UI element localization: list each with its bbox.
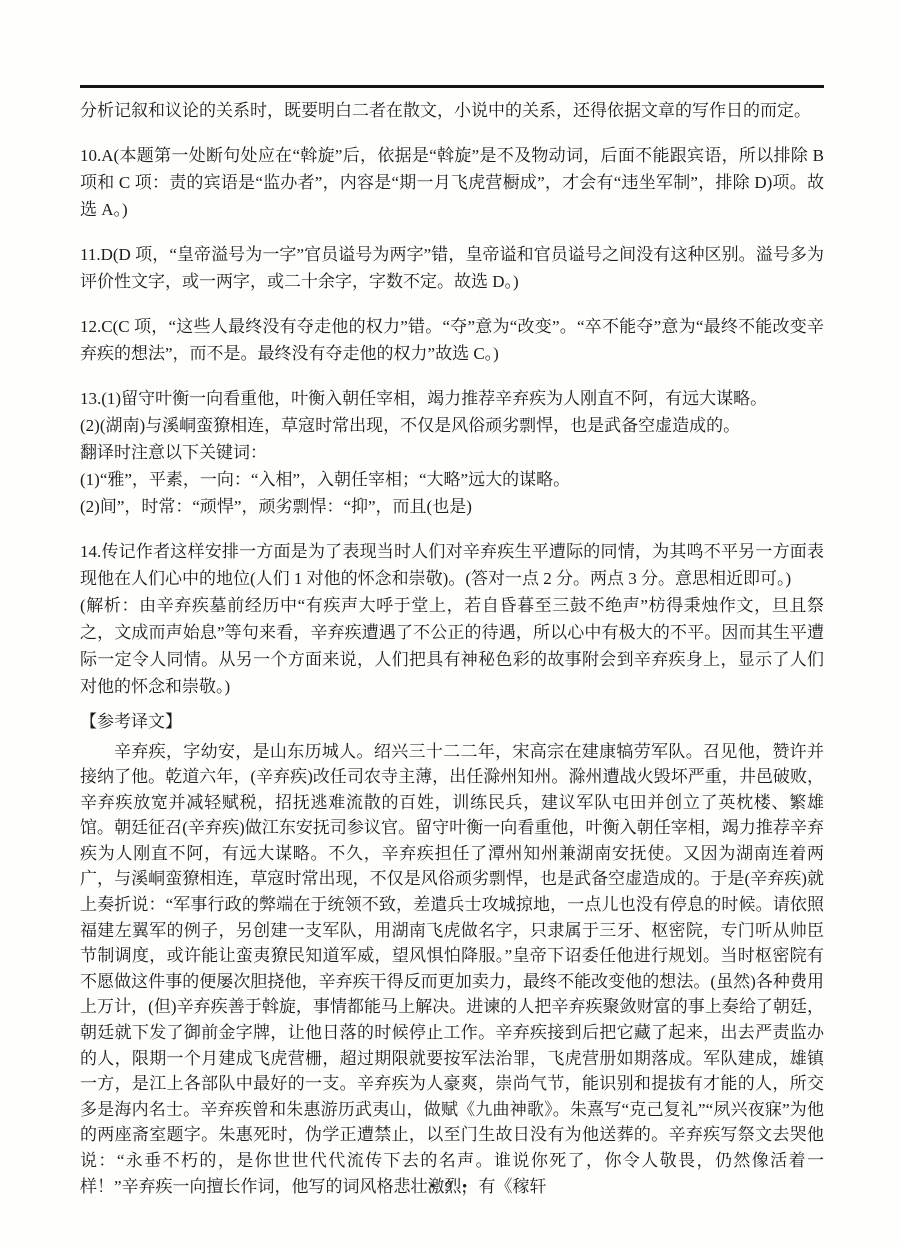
answer-13-line-5: (2)间”，时常：“顽悍”，顽劣剽悍：“抑”，而且(也是): [80, 493, 824, 520]
answer-14-main-text: 14.传记作者这样安排一方面是为了表现当时人们对辛弃疾生平遭际的同情，为其鸣不平…: [80, 538, 824, 592]
answer-13-block: 13.(1)留守叶衡一向看重他，叶衡入朝任宰相，竭力推荐辛弃疾为人刚直不阿，有远…: [80, 385, 824, 520]
answer-14-analysis-text: (解析：由辛弃疾墓前经历中“有疾声大呼于堂上，若自昏暮至三鼓不绝声”枋得秉烛作文…: [80, 592, 824, 700]
answer-11-text: 11.D(D 项，“皇帝溢号为一字”官员谥号为两字”错，皇帝谥和官员谥号之间没有…: [80, 241, 824, 295]
document-page: 分析记叙和议论的关系时，既要明白二者在散文，小说中的关系，还得依据文章的写作日的…: [0, 0, 900, 1246]
answer-12-text: 12.C(C 项，“这些人最终没有夺走他的权力”错。“夺”意为“改变”。“卒不能…: [80, 313, 824, 367]
answer-13-line-2: (2)(湖南)与溪峒蛮獠相连，草寇时常出现，不仅是风俗顽劣剽悍，也是武备空虚造成…: [80, 412, 824, 439]
answer-12-block: 12.C(C 项，“这些人最终没有夺走他的权力”错。“夺”意为“改变”。“卒不能…: [80, 313, 824, 367]
page-top-rule: [80, 85, 824, 88]
page-number: • 9 •: [0, 1179, 900, 1196]
reference-translation-heading: 【参考译文】: [80, 708, 824, 735]
answer-13-line-3: 翻译时注意以下关键词：: [80, 439, 824, 466]
intro-line: 分析记叙和议论的关系时，既要明白二者在散文，小说中的关系，还得依据文章的写作日的…: [80, 97, 824, 124]
answer-11-block: 11.D(D 项，“皇帝溢号为一字”官员谥号为两字”错，皇帝谥和官员谥号之间没有…: [80, 241, 824, 295]
answer-13-line-4: (1)“雅”，平素，一向：“入相”，入朝任宰相；“大略”远大的谋略。: [80, 466, 824, 493]
answer-10-block: 10.A(本题第一处断句处应在“斡旋”后，依据是“斡旋”是不及物动词，后面不能跟…: [80, 142, 824, 223]
answer-10-text: 10.A(本题第一处断句处应在“斡旋”后，依据是“斡旋”是不及物动词，后面不能跟…: [80, 142, 824, 223]
answer-13-line-1: 13.(1)留守叶衡一向看重他，叶衡入朝任宰相，竭力推荐辛弃疾为人刚直不阿，有远…: [80, 385, 824, 412]
answer-14-block: 14.传记作者这样安排一方面是为了表现当时人们对辛弃疾生平遭际的同情，为其鸣不平…: [80, 538, 824, 700]
reference-translation-text: 辛弃疾，字幼安，是山东历城人。绍兴三十二二年，宋高宗在建康犒劳军队。召见他，赞许…: [80, 739, 824, 1200]
